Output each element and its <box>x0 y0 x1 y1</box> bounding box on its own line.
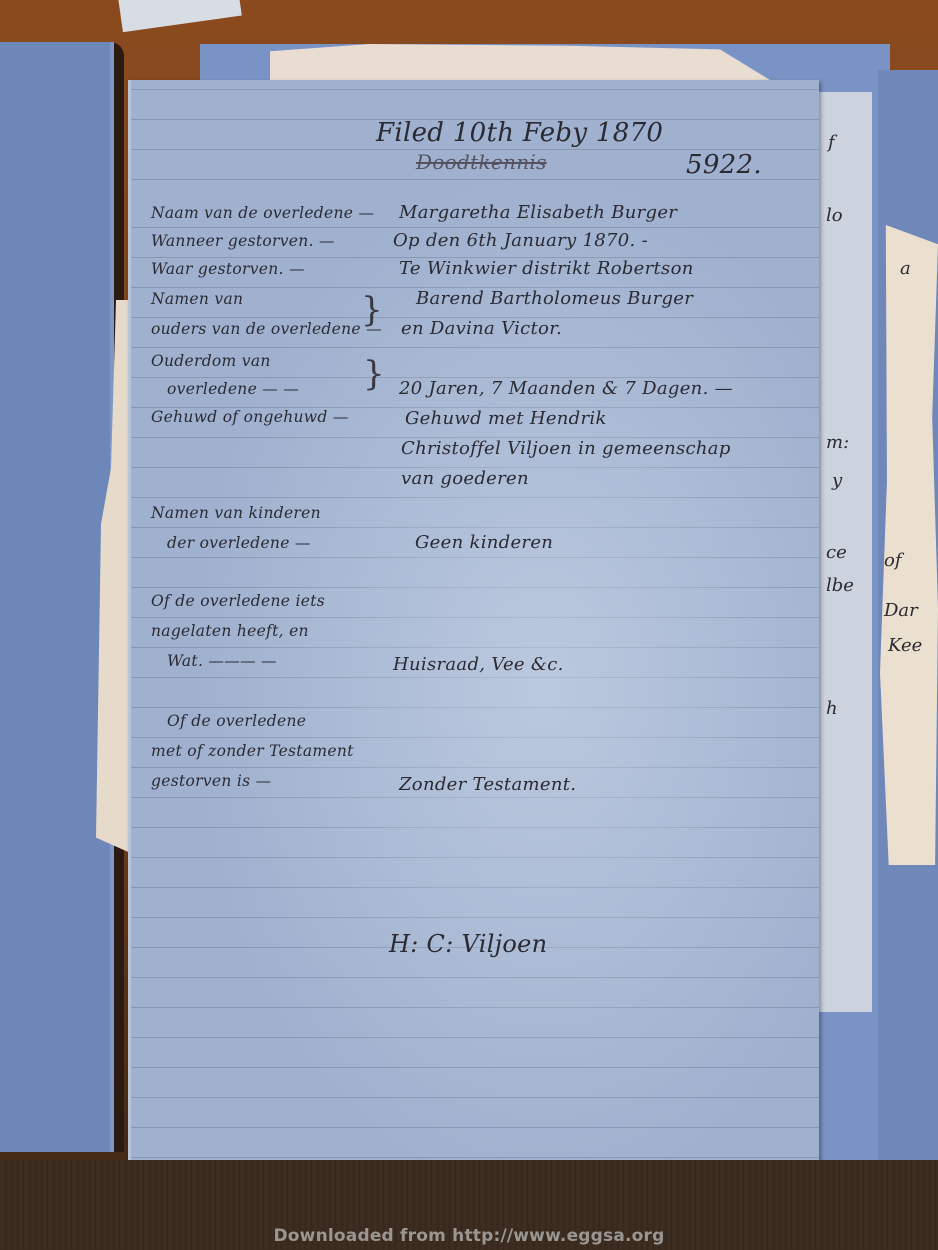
strip-fragment: f <box>828 132 835 153</box>
strip-fragment: a <box>900 258 911 279</box>
strip-fragment: lo <box>826 205 843 226</box>
field-value-spouse: Christoffel Viljoen in gemeenschap <box>401 438 731 459</box>
strip-fragment: lbe <box>826 575 854 596</box>
field-value-date-of-death: Op den 6th January 1870. - <box>393 230 648 251</box>
field-value-mother: en Davina Victor. <box>401 318 562 339</box>
field-value-name: Margaretha Elisabeth Burger <box>399 202 677 223</box>
field-value-community: van goederen <box>401 468 529 489</box>
brace-mark: } <box>363 354 385 394</box>
field-label: Of de overledene iets <box>151 592 325 610</box>
strip-fragment: y <box>832 470 842 491</box>
signature: H: C: Viljoen <box>389 930 547 958</box>
field-label: met of zonder Testament <box>151 742 354 760</box>
strip-fragment: m: <box>826 432 849 453</box>
death-notice-sheet: Filed 10th Feby 1870 Doodtkennis 5922. N… <box>128 80 819 1178</box>
torn-paper-right <box>880 225 938 865</box>
watermark: Downloaded from http://www.eggsa.org <box>0 1226 938 1246</box>
field-value-age: 20 Jaren, 7 Maanden & 7 Dagen. — <box>399 378 733 399</box>
field-label: Namen van <box>151 290 243 308</box>
field-value-testament: Zonder Testament. <box>399 774 576 795</box>
field-label: Ouderdom van <box>151 352 271 370</box>
document-subtitle: Doodtkennis <box>416 150 547 174</box>
torn-paper-top <box>270 44 770 80</box>
filed-date: Filed 10th Feby 1870 <box>376 118 663 148</box>
reference-number: 5922. <box>686 150 762 180</box>
field-value-place-of-death: Te Winkwier distrikt Robertson <box>399 258 694 279</box>
field-label: nagelaten heeft, en <box>151 622 309 640</box>
field-label: ouders van de overledene — <box>151 320 382 338</box>
field-value-estate: Huisraad, Vee &c. <box>393 654 564 675</box>
field-value-father: Barend Bartholomeus Burger <box>416 288 693 309</box>
strip-fragment: ce <box>826 542 847 563</box>
strip-fragment: Dar <box>884 600 918 621</box>
field-value-children: Geen kinderen <box>415 532 553 553</box>
strip-fragment: of <box>884 550 902 571</box>
brace-mark: } <box>361 290 383 330</box>
field-label: Namen van kinderen <box>151 504 321 522</box>
field-label: Wanneer gestorven. — <box>151 232 335 250</box>
field-label: Naam van de overledene — <box>151 204 374 222</box>
field-label: Of de overledene <box>167 712 306 730</box>
field-label: Wat. ——— — <box>167 652 277 670</box>
field-label: der overledene — <box>167 534 311 552</box>
field-label: gestorven is — <box>151 772 271 790</box>
field-label: Gehuwd of ongehuwd — <box>151 408 349 426</box>
strip-fragment: h <box>826 698 838 719</box>
strip-fragment: Kee <box>888 635 922 656</box>
field-value-marital-status: Gehuwd met Hendrik <box>405 408 607 429</box>
field-label: Waar gestorven. — <box>151 260 305 278</box>
field-label: overledene — — <box>167 380 299 398</box>
